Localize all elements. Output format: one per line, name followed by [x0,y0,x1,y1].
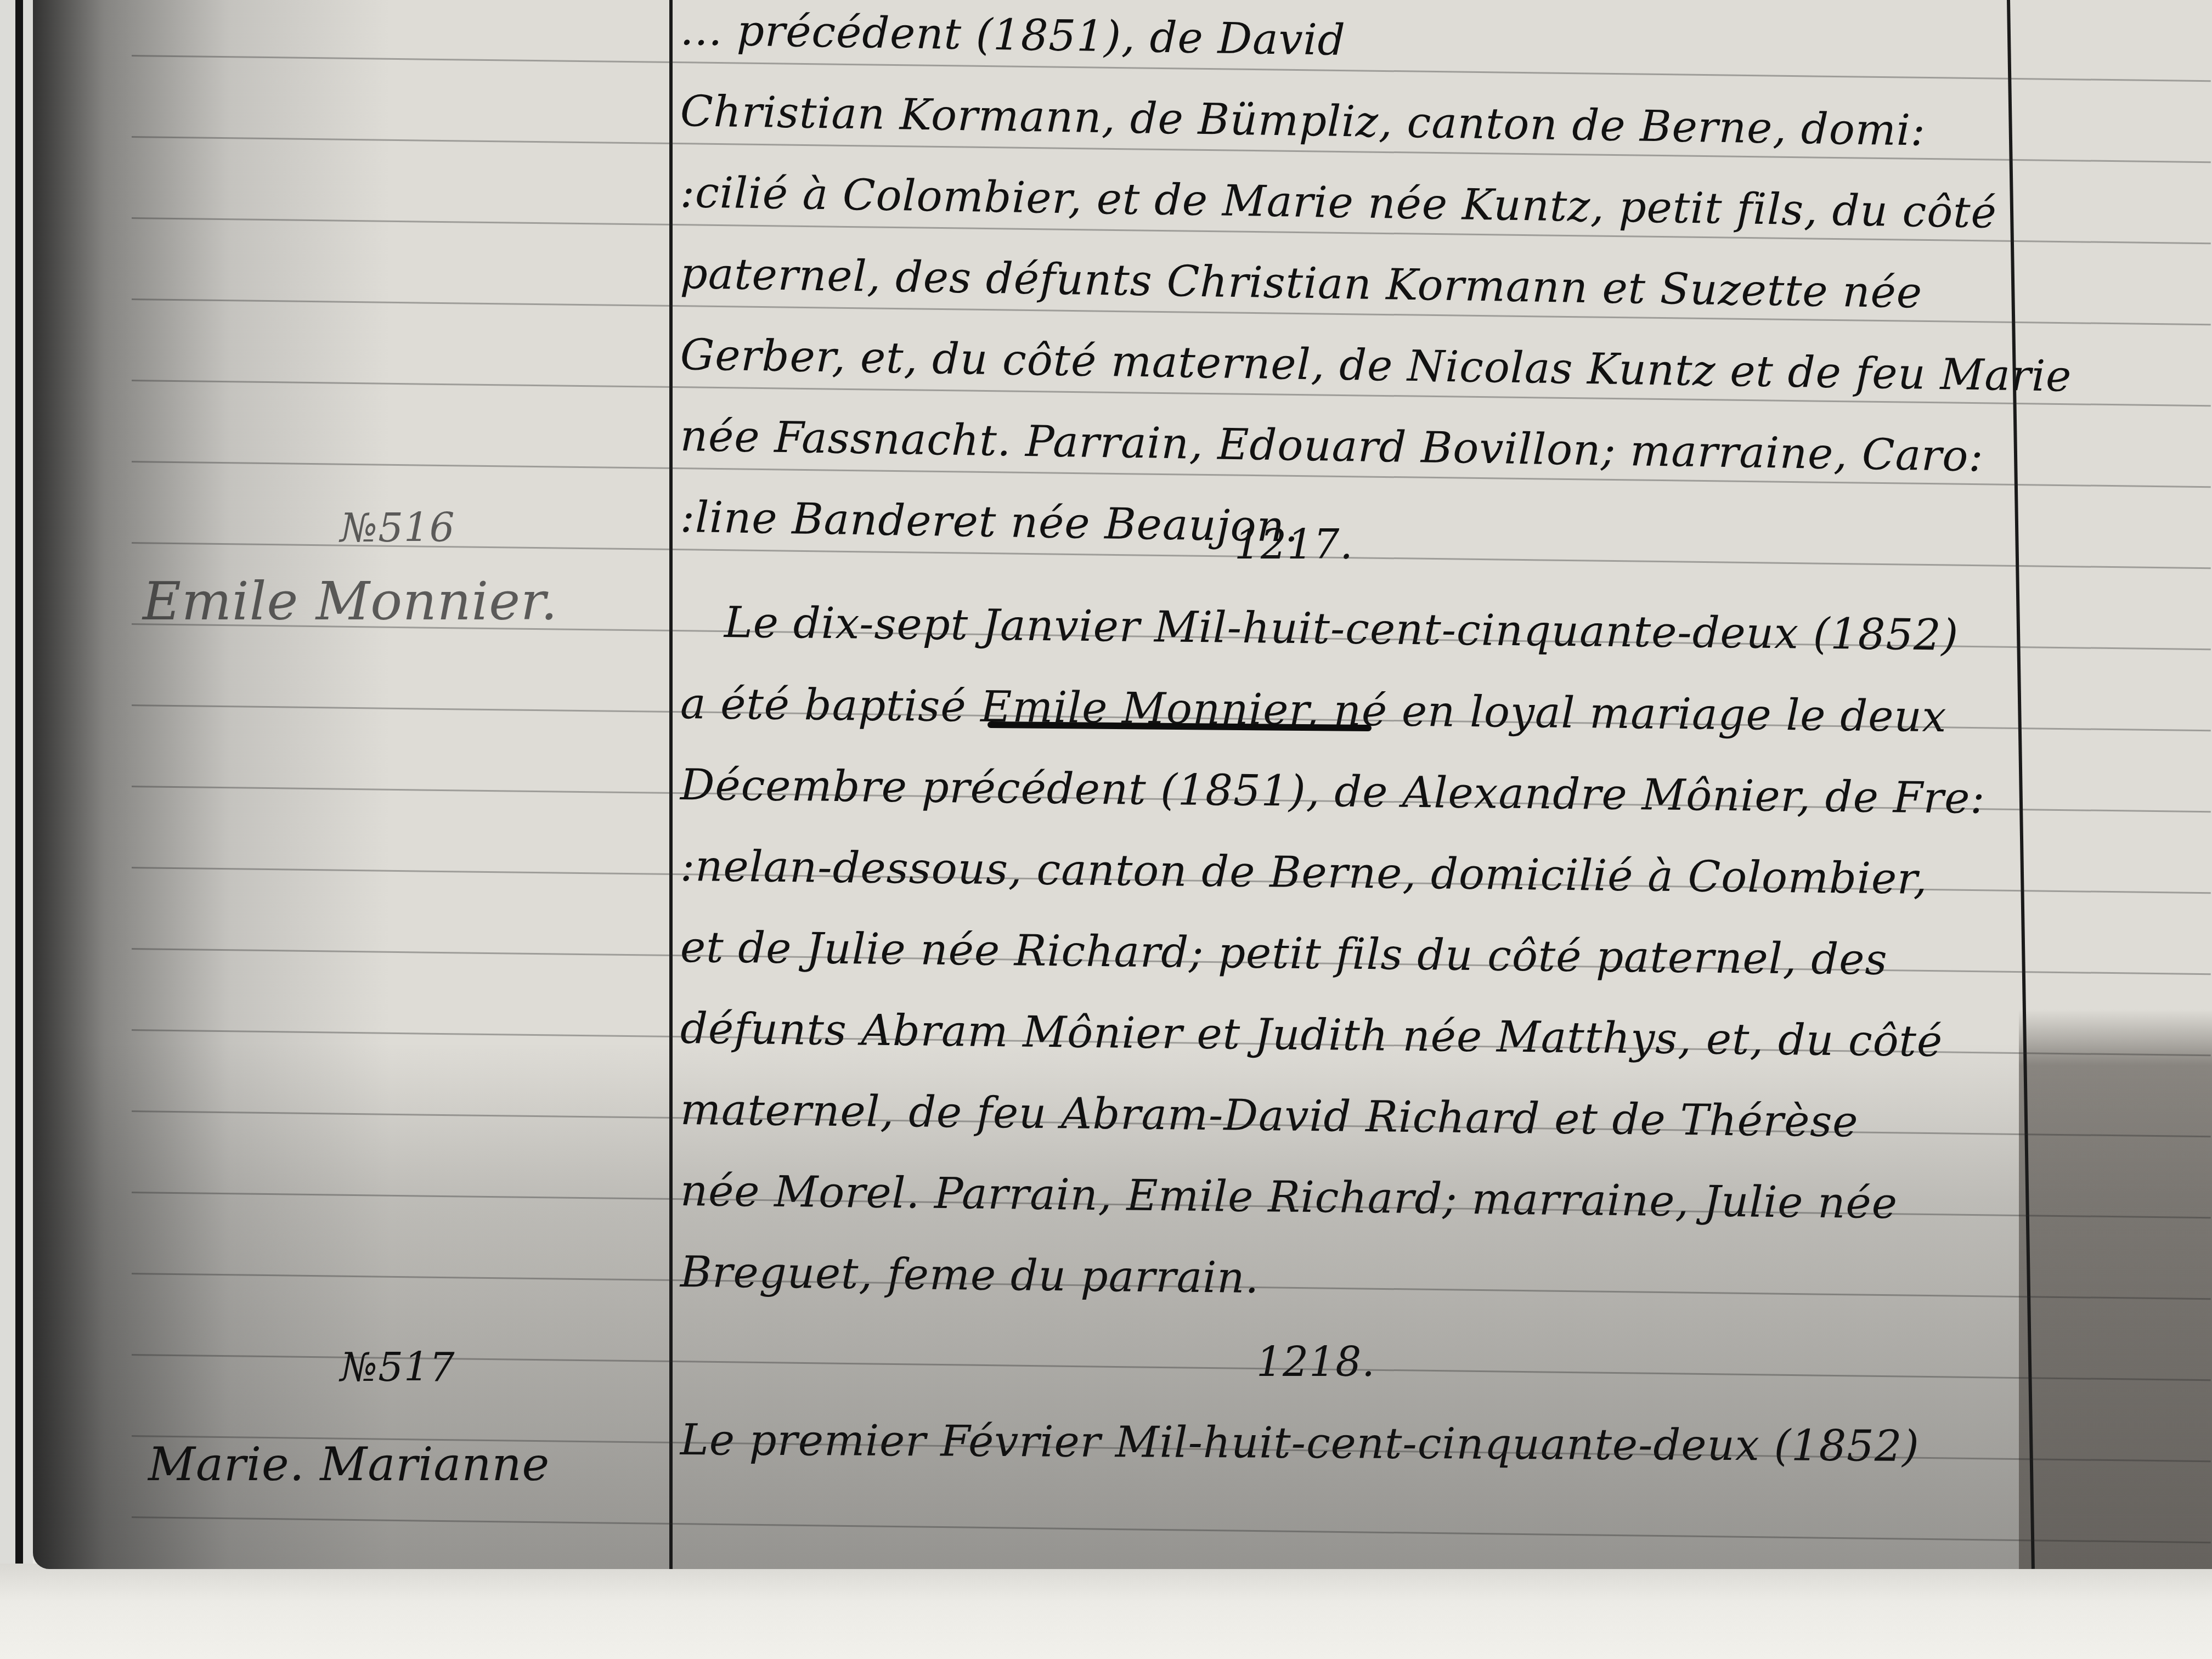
record-number: 1217. [1234,521,1353,568]
right-shadow [2019,1009,2212,1569]
record-text-line: Gerber, et, du côté maternel, de Nicolas… [680,330,2072,402]
table-surface [0,1564,2212,1659]
record-text-line: Le premier Février Mil-huit-cent-cinquan… [680,1415,1920,1471]
record-text-line: Le dix-sept Janvier Mil-huit-cent-cinqua… [724,598,1959,661]
record-text-line: Breguet, feme du parrain. [680,1248,1260,1303]
page-border-line [15,0,23,1564]
record-text-line: Décembre précédent (1851), de Alexandre … [680,760,1986,823]
record-text-line: :nelan-dessous, canton de Berne, domicil… [680,842,1928,904]
margin-column-rule [669,0,673,1569]
register-page: №516 Emile Monnier. №517 Marie. Marianne… [33,0,2212,1569]
record-number: 1218. [1256,1339,1375,1386]
record-text-line: :line Banderet née Beaujon. [680,493,1299,552]
margin-entry-name: Marie. Marianne [148,1437,550,1491]
record-text-line: ... précédent (1851), de David [680,5,1346,65]
margin-entry-name: Emile Monnier. [143,571,558,632]
margin-entry-number: №516 [340,505,455,551]
record-text-line: et de Julie née Richard; petit fils du c… [680,923,1888,985]
margin-entry-number: №517 [340,1344,455,1390]
record-text-line: a été baptisé Emile Monnier, né en loyal… [680,679,1948,742]
